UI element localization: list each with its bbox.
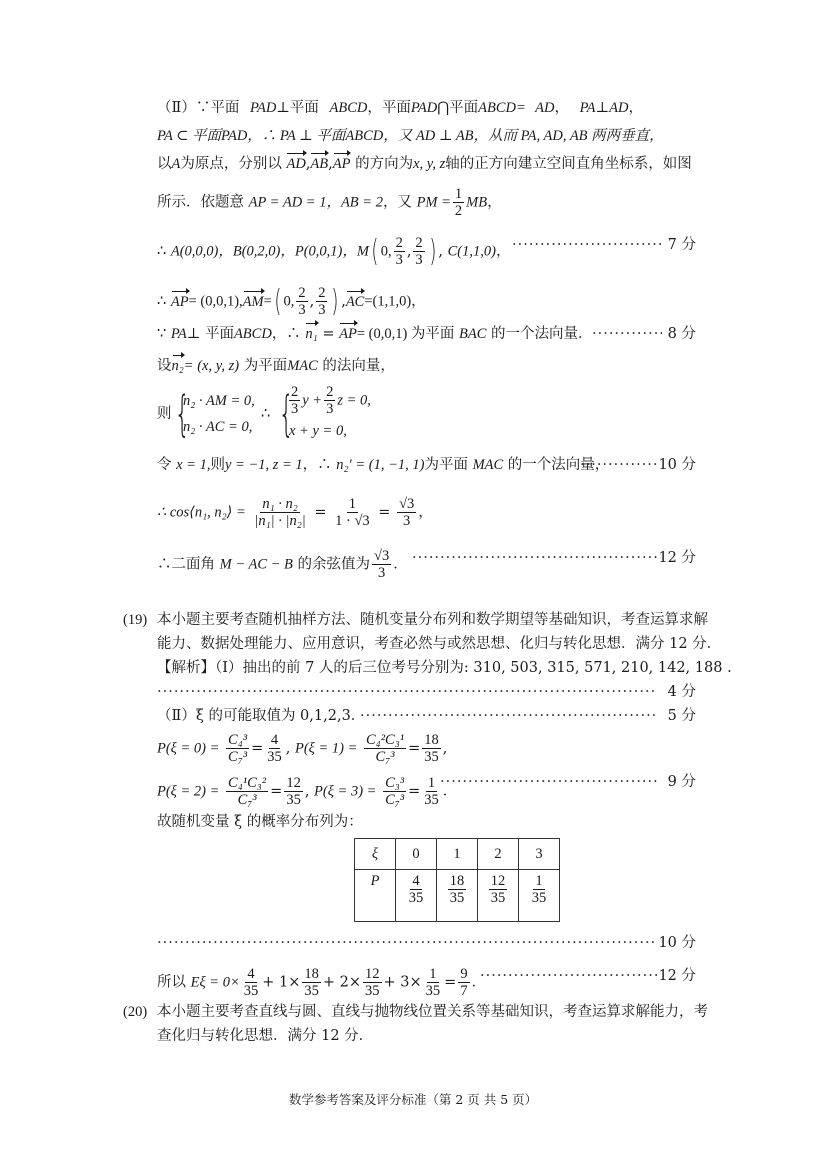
numerator: 4 [269,732,280,749]
denominator: 3 [413,252,424,268]
math: 0, [381,244,392,260]
math: M − AC − B [220,557,293,573]
math: y + [302,393,322,409]
math: = (0,0,1), [189,294,243,310]
vector-ap: AP [333,154,351,174]
math: =(1,1,0)， [364,294,425,310]
numerator: 1 [533,873,544,890]
fraction: 135 [422,775,441,808]
distribution-table: ξ 0 1 2 3 P 435 1835 1235 135 [354,838,560,922]
therefore: ∴ [157,294,166,310]
fraction: 11 · √3 [333,496,372,529]
denominator: 35 [302,983,321,999]
text: 设 [157,358,172,374]
text: = (0,0,1) 为平面 [357,326,455,342]
q19-intro-line1: 本小题主要考查随机抽样方法、随机变量分布列和数学期望等基础知识，考查运算求解 [157,610,708,630]
numerator: C₃³ [383,775,406,792]
denominator: 3 [401,513,412,529]
denominator: 35 [448,890,467,906]
numerator: √3 [372,548,391,565]
text: 的方向为 [355,156,413,172]
vector-ap: AP [171,292,189,312]
text: 为平面 [244,358,288,374]
fraction: 23 [296,285,307,318]
therefore: ∴ [261,404,270,424]
q18-normal2-line: 令 x = 1,则y = −1, z = 1，∴ n₂′ = (1, −1, 1… [157,455,609,475]
denominator: 2 [453,203,464,219]
denominator: 35 [363,983,382,999]
table-cell: 3 [519,839,560,870]
paren: ) [429,242,436,262]
q18-part2-line2: PA ⊂ 平面PAD，∴ PA ⊥ 平面ABCD，又 AD ⊥ AB，从而 PA… [157,126,664,146]
math: = [444,975,456,991]
numerator: C₄¹C₃² [226,775,268,792]
fraction: 23 [324,384,335,417]
table-cell: 435 [396,870,437,922]
math: PM = [417,195,451,211]
math: = (x, y, z) [184,358,239,374]
q20-number: (20) [123,1002,147,1022]
text: ， [628,100,643,116]
fraction: 1235 [489,873,508,906]
point-c: C(1,1,0) [448,244,496,260]
table-row: P 435 1835 1235 135 [355,870,560,922]
numerator: C₄²C₃¹ [364,732,406,749]
fraction: √33 [397,496,416,529]
text: 的一个法向量． [491,326,593,342]
q18-part2-line4: 所示．依题意 AP = AD = 1，AB = 2，又 PM =12MB， [157,186,502,219]
score-10: 10 分 [658,455,696,475]
math: n₂′ = (1, −1, 1) [336,457,424,473]
table-cell: 1 [437,839,478,870]
dot-leader: ········································… [580,455,658,475]
numerator: 12 [363,966,382,983]
numerator: 18 [422,732,441,749]
denominator: C₇³ [226,749,249,765]
numerator: 2 [394,235,405,252]
math: MAC [287,358,318,374]
paren: ) [332,292,339,312]
denominator: C₇³ [374,749,397,765]
math: PAD [250,100,276,116]
math: = [314,505,326,521]
math: x = 1, [176,457,210,473]
denominator: 35 [422,792,441,808]
q19-part2: （Ⅱ）ξ 的可能取值为 0,1,2,3． [157,706,365,726]
numerator: 2 [324,384,335,401]
fraction: 435 [242,966,261,999]
dot-leader: ········································… [157,682,657,702]
numerator: 4 [410,873,421,890]
math: PAD [411,100,437,116]
math: BAC [459,326,486,342]
q18-vectors-line: ∴ AP= (0,0,1),AM=(0,23,23),AC=(1,1,0)， [157,285,426,318]
table-header-row: ξ 0 1 2 3 [355,839,560,870]
q18-equation-system: 则 { n₂ · AM = 0, n₂ · AC = 0, ∴ { 23y +2… [157,388,557,448]
dot-leader: ········································… [480,966,658,986]
numerator: 18 [302,966,321,983]
math: + 2× [323,975,361,991]
fraction: 135 [424,966,443,999]
text: 令 [157,457,172,473]
denominator: 7 [458,983,469,999]
denominator: |n₁| · |n₂| [252,513,307,529]
text: ， [487,195,502,211]
dot-leader: ········································… [440,772,658,792]
vector-n1: n₁ [305,324,317,344]
numerator: 9 [458,966,469,983]
text: ． [393,557,408,573]
equation-row: n₂ · AC = 0, [183,417,252,437]
denominator: 3 [289,401,300,417]
q20-intro-line2: 查化归与转化思想．满分 12 分． [157,1026,373,1046]
dot-leader: ········································… [412,548,657,568]
fraction: C₄²C₃¹C₇³ [364,732,406,765]
denominator: 1 · √3 [333,513,372,529]
text: ， [496,244,511,260]
table-cell: P [355,870,396,922]
numerator: 2 [296,285,307,302]
denominator: 3 [316,302,327,318]
vector-ac: AC [346,292,365,312]
page-footer: 数学参考答案及评分标准（第 2 页 共 5 页） [0,1090,826,1108]
text: 以 [157,156,172,172]
denominator: 35 [407,890,426,906]
vector-ap: AP [339,324,357,344]
text: 所示．依题意 [157,195,244,211]
math: AP = AD = 1，AB = 2 [249,195,383,211]
q19-number: (19) [123,610,147,630]
text: 为平面 [424,457,468,473]
table-cell: 0 [396,839,437,870]
text: ⊥平面 [276,100,319,116]
text: ，平面 [367,100,411,116]
score-7: 7 分 [668,235,696,255]
numerator: 2 [316,285,327,302]
math: ABCD [330,100,368,116]
fraction: 97 [458,966,469,999]
fraction: √33 [372,548,391,581]
math: 0, [284,294,295,310]
text: ，又 [383,195,412,211]
math: P(ξ = 0) = [157,741,219,757]
math: P(ξ = 2) = [157,784,219,800]
table-cell: 1235 [478,870,519,922]
math: y = −1, z = 1 [225,457,303,473]
denominator: C₇³ [236,792,259,808]
fraction: n₁ · n₂|n₁| · |n₂| [252,496,307,529]
denominator: 35 [242,983,261,999]
dot-leader: ········································… [592,324,662,344]
q19-dist-caption: 故随机变量 ξ 的概率分布列为： [157,812,363,832]
table-cell: ξ [355,839,396,870]
text: ⋂平面 [437,100,478,116]
vector-n2: n₂ [172,356,184,376]
score-5: 5 分 [668,706,696,726]
text: 则 [210,457,225,473]
text: 所以 [157,975,186,991]
math: ABCD [234,326,272,342]
math: + 3× [384,975,422,991]
math: + 1× [262,975,300,991]
text: 的余弦值为 [298,557,371,573]
numerator: 1 [426,775,437,792]
math: MAC [473,457,504,473]
q19-prob-row1: P(ξ = 0) = C₄³C₇³=435, P(ξ = 1) = C₄²C₃¹… [157,732,447,765]
vector-ad: AD [286,154,305,174]
text: ， [418,505,433,521]
numerator: 1 [453,186,464,203]
q18-cosine-line: ∴ cos⟨n₁, n₂⟩ = n₁ · n₂|n₁| · |n₂| = 11 … [157,496,433,529]
fraction: 23 [289,384,300,417]
vector-am: AM [243,292,264,312]
vector-ab: AB [310,154,328,174]
text: 为原点，分别以 [180,156,282,172]
numerator: 2 [413,235,424,252]
therefore: ∴ [157,244,166,260]
q18-conclusion-line: ∴二面角 M − AC − B 的余弦值为√33． [157,548,408,581]
score-9: 9 分 [668,772,696,792]
fraction: 1835 [302,966,321,999]
text: ，∴ [272,326,301,342]
fraction: 12 [453,186,464,219]
denominator: 35 [265,749,284,765]
because: ∵ [157,326,166,342]
numerator: 4 [245,966,256,983]
math: ∴ cos⟨n₁, n₂⟩ = [157,505,246,521]
score-10b: 10 分 [658,933,696,953]
numerator: 1 [427,966,438,983]
text: ⊥ 平面 [187,326,234,342]
math: = [322,326,334,342]
numerator: 1 [347,496,358,513]
numerator: √3 [397,496,416,513]
q18-normal2-def-line: 设n₂= (x, y, z) 为平面MAC 的法向量， [157,356,395,376]
numerator: 18 [448,873,467,890]
fraction: 435 [407,873,426,906]
table-cell: 2 [478,839,519,870]
score-12b: 12 分 [658,966,696,986]
fraction: 435 [265,732,284,765]
fraction: C₄³C₇³ [226,732,249,765]
q19-prob-row2: P(ξ = 2) = C₄¹C₃²C₇³=1235, P(ξ = 3) = C₃… [157,775,457,808]
text: ， [554,100,569,116]
table-cell: 1835 [437,870,478,922]
denominator: 3 [376,565,387,581]
math: MB [466,195,487,211]
math: P(ξ = 1) = [295,741,357,757]
denominator: 35 [422,749,441,765]
math: = [264,294,272,310]
text: 轴的正方向建立空间直角坐标系，如图 [445,156,692,172]
text: 的法向量， [322,358,395,374]
numerator: C₄³ [226,732,249,749]
math: AD [609,100,628,116]
math: ABCD [478,100,516,116]
dot-leader: ········································… [360,706,657,726]
q20-intro-line1: 本小题主要考查直线与圆、直线与抛物线位置关系等基础知识，考查运算求解能力，考 [157,1002,708,1022]
denominator: 35 [424,983,443,999]
denominator: 35 [489,890,508,906]
fraction: C₄¹C₃²C₇³ [226,775,268,808]
text: ，∴ [303,457,332,473]
q18-coordinates-line: ∴ A(0,0,0)，B(0,2,0)，P(0,0,1)，M(0,23,23),… [157,235,510,268]
math: ⊥ [595,100,609,116]
table-cell: 135 [519,870,560,922]
denominator: 3 [324,401,335,417]
math: PA [580,100,596,116]
numerator: 2 [289,384,300,401]
q19-part1: 【解析】（Ⅰ）抽出的前 7 人的后三位考号分别为: 310, 503, 315,… [157,658,732,678]
math: x, y, z [413,156,445,172]
fraction: 23 [394,235,405,268]
q18-part2-line3: 以A为原点，分别以 AD,AB,AP 的方向为x, y, z轴的正方向建立空间直… [157,154,692,174]
numerator: 12 [284,775,303,792]
denominator: 35 [284,792,303,808]
text: 则 [157,404,172,424]
q18-part2-line1: （Ⅱ）∵平面 PAD⊥平面 ABCD，平面PAD⋂平面ABCD= AD， PA⊥… [157,98,643,118]
dot-leader: ········································… [157,933,657,953]
paren: ( [371,242,378,262]
q19-intro-line2: 能力、数据处理能力、应用意识，考查必然与或然思想、化归与转化思想．满分 12 分… [157,634,721,654]
fraction: 23 [413,235,424,268]
equation-row: n₂ · AM = 0, [183,391,255,411]
denominator: C₇³ [383,792,406,808]
score-8: 8 分 [668,324,696,344]
fraction: 135 [530,873,549,906]
fraction: C₃³C₇³ [383,775,406,808]
equation-row: 23y +23z = 0, [287,384,371,417]
math: = AD [516,100,554,116]
fraction: 1835 [422,732,441,765]
numerator: 12 [489,873,508,890]
points: A(0,0,0)，B(0,2,0)，P(0,0,1)，M [171,244,369,260]
score-12: 12 分 [658,548,696,568]
fraction: 23 [316,285,327,318]
fraction: 1235 [284,775,303,808]
score-4: 4 分 [668,682,696,702]
denominator: 3 [296,302,307,318]
q19-expectation-line: 所以 Eξ = 0×435+ 1×1835+ 2×1235+ 3×135=97． [157,966,486,999]
math: = [378,505,390,521]
paren: ( [274,292,281,312]
math: Eξ = 0× [191,975,240,991]
numerator: n₁ · n₂ [260,496,299,513]
denominator: 35 [530,890,549,906]
math: P(ξ = 3) = [314,784,376,800]
denominator: 3 [394,252,405,268]
dot-leader: ········································… [512,235,662,255]
equation-row: x + y = 0, [289,421,347,441]
part-label: （Ⅱ）∵平面 [157,100,239,116]
q18-normal1-line: ∵ PA⊥ 平面ABCD，∴ n₁ = AP= (0,0,1) 为平面 BAC … [157,324,593,344]
text: ∴二面角 [157,557,215,573]
math: PA [171,326,187,342]
fraction: 1835 [448,873,467,906]
fraction: 1235 [363,966,382,999]
math: z = 0, [337,393,371,409]
